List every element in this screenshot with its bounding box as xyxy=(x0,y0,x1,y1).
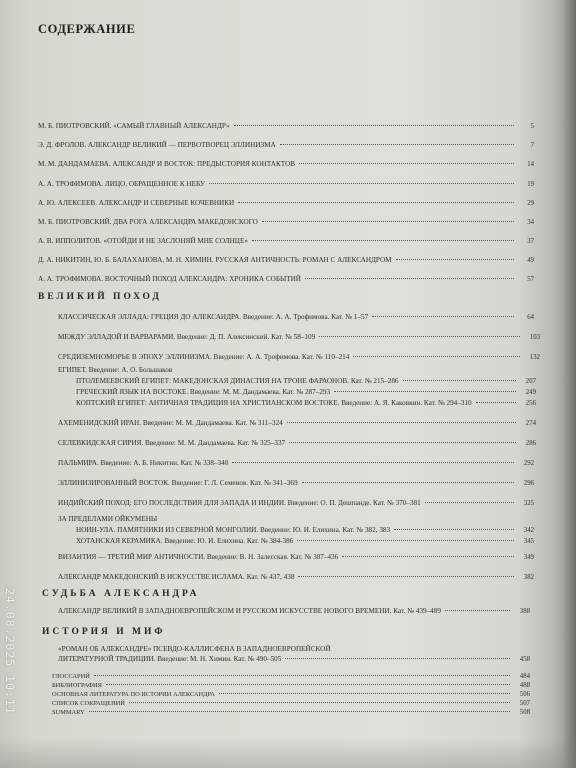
page-number: 296 xyxy=(518,480,534,487)
toc-entry: МЕЖДУ ЭЛЛАДОЙ И ВАРВАРАМИ. Введение: Д. … xyxy=(58,333,540,341)
dot-leader xyxy=(285,658,510,659)
page-number: 325 xyxy=(518,500,534,507)
toc-entry-appendix: СПИСОК СОКРАЩЕНИЙ507 xyxy=(52,700,530,707)
toc-entry: АЛЕКСАНДР МАКЕДОНСКИЙ В ИСКУССТВЕ ИСЛАМА… xyxy=(58,573,534,581)
page-number: 249 xyxy=(520,389,536,396)
toc-entry: ВИЗАНТИЯ — ТРЕТИЙ МИР АНТИЧНОСТИ. Введен… xyxy=(58,553,534,561)
toc-entry-line: «РОМАН ОБ АЛЕКСАНДРЕ» ПСЕВДО-КАЛЛИСФЕНА … xyxy=(58,645,331,653)
dot-leader xyxy=(305,278,514,279)
page-number: 507 xyxy=(514,700,530,707)
toc-entry: А. А. ТРОФИМОВА. ВОСТОЧНЫЙ ПОХОД АЛЕКСАН… xyxy=(38,275,534,283)
dot-leader xyxy=(262,221,514,222)
book-page: СОДЕРЖАНИЕ М. Б. ПИОТРОВСКИЙ. «САМЫЙ ГЛА… xyxy=(0,0,576,768)
toc-entry: ЛИТЕРАТУРНОЙ ТРАДИЦИИ. Введение: М. Н. Х… xyxy=(58,655,530,663)
dot-leader xyxy=(342,556,514,557)
toc-entry: ИНДИЙСКИЙ ПОХОД: ЕГО ПОСЛЕДСТВИЯ ДЛЯ ЗАП… xyxy=(58,499,534,507)
page-number: 57 xyxy=(518,276,534,283)
toc-entry: А. А. ТРОФИМОВА. ЛИЦО, ОБРАЩЕННОЕ К НЕБУ… xyxy=(38,180,534,188)
page-number: 34 xyxy=(518,219,534,226)
page-number: 508 xyxy=(514,709,530,716)
page-number: 484 xyxy=(514,673,530,680)
section-heading-fate: СУДЬБА АЛЕКСАНДРА xyxy=(42,589,200,599)
dot-leader xyxy=(396,259,514,260)
subsection-heading-oikumene: ЗА ПРЕДЕЛАМИ ОЙКУМЕНЫ xyxy=(58,515,157,523)
dot-leader xyxy=(298,576,514,577)
bottom-shadow xyxy=(0,738,576,768)
toc-entry: НОИН-УЛА. ПАМЯТНИКИ ИЗ СЕВЕРНОЙ МОНГОЛИИ… xyxy=(76,526,534,534)
dot-leader xyxy=(129,702,510,703)
toc-entry: АХЕМЕНИДСКИЙ ИРАН. Введение: М. М. Данда… xyxy=(58,419,536,427)
page-number: 349 xyxy=(518,554,534,561)
dot-leader xyxy=(209,183,514,184)
page-number: 5 xyxy=(518,123,534,130)
toc-entry: КОПТСКИЙ ЕГИПЕТ: АНТИЧНАЯ ТРАДИЦИЯ НА ХР… xyxy=(76,399,536,407)
section-heading-history-myth: ИСТОРИЯ И МИФ xyxy=(42,627,166,637)
dot-leader xyxy=(299,163,514,164)
dot-leader xyxy=(476,402,516,403)
dot-leader xyxy=(234,125,514,126)
dot-leader xyxy=(89,711,510,712)
dot-leader xyxy=(425,502,514,503)
section-heading-great-campaign: ВЕЛИКИЙ ПОХОД xyxy=(38,292,162,302)
page-number: 64 xyxy=(518,314,534,321)
subsection-heading-egypt: ЕГИПЕТ. Введение: А. О. Большаков xyxy=(58,366,172,374)
page-edge-shadow xyxy=(562,0,576,768)
dot-leader xyxy=(219,693,510,694)
page-number: 458 xyxy=(514,656,530,663)
page-number: 488 xyxy=(514,682,530,689)
toc-entry: ПАЛЬМИРА. Введение: А. Б. Никитин. Кат. … xyxy=(58,459,534,467)
page-number: 37 xyxy=(518,238,534,245)
toc-entry: ЭЛЛИНИЗИРОВАННЫЙ ВОСТОК. Введение: Г. Л.… xyxy=(58,479,534,487)
toc-entry-appendix: SUMMARY508 xyxy=(52,709,530,716)
toc-entry: А. Ю. АЛЕКСЕЕВ. АЛЕКСАНДР И СЕВЕРНЫЕ КОЧ… xyxy=(38,199,534,207)
page-number: 14 xyxy=(518,161,534,168)
page-number: 292 xyxy=(518,460,534,467)
dot-leader xyxy=(403,380,516,381)
toc-entry: ПТОЛЕМЕЕВСКИЙ ЕГИПЕТ: МАКЕДОНСКАЯ ДИНАСТ… xyxy=(76,377,536,385)
dot-leader xyxy=(394,529,514,530)
toc-entry: А. В. ИППОЛИТОВ. «ОТОЙДИ И НЕ ЗАСЛОНЯЙ М… xyxy=(38,237,534,245)
page-number: 103 xyxy=(524,334,540,341)
page-number: 19 xyxy=(518,181,534,188)
toc-entry: АЛЕКСАНДР ВЕЛИКИЙ В ЗАПАДНОЕВРОПЕЙСКОМ И… xyxy=(58,607,530,615)
toc-entry-appendix: БИБЛИОГРАФИЯ488 xyxy=(52,682,530,689)
page-number: 132 xyxy=(524,354,540,361)
toc-entry: М. Б. ПИОТРОВСКИЙ. ДВА РОГА АЛЕКСАНДРА М… xyxy=(38,218,534,226)
dot-leader xyxy=(238,202,514,203)
toc-entry: КЛАССИЧЕСКАЯ ЭЛЛАДА: ГРЕЦИЯ ДО АЛЕКСАНДР… xyxy=(58,313,534,321)
dot-leader xyxy=(445,610,510,611)
dot-leader xyxy=(297,540,514,541)
page-number: 29 xyxy=(518,200,534,207)
page-number: 207 xyxy=(520,378,536,385)
toc-entry: ХОТАНСКАЯ КЕРАМИКА. Введение: Ю. И. Елих… xyxy=(76,537,534,545)
dot-leader xyxy=(287,422,516,423)
page-number: 256 xyxy=(520,400,536,407)
toc-entry: СЕЛЕВКИДСКАЯ СИРИЯ. Введение: М. М. Данд… xyxy=(58,439,536,447)
toc-entry: СРЕДИЗЕМНОМОРЬЕ В ЭПОХУ ЭЛЛИНИЗМА. Введе… xyxy=(58,353,540,361)
photo-timestamp: 24.08.2025 10:11 xyxy=(3,588,17,715)
toc-entry-appendix: ГЛОССАРИЙ484 xyxy=(52,673,530,680)
dot-leader xyxy=(280,144,514,145)
page-number: 345 xyxy=(518,538,534,545)
toc-entry: Э. Д. ФРОЛОВ. АЛЕКСАНДР ВЕЛИКИЙ — ПЕРВОТ… xyxy=(38,141,534,149)
dot-leader xyxy=(319,336,520,337)
dot-leader xyxy=(94,675,510,676)
page-number: 286 xyxy=(520,440,536,447)
dot-leader xyxy=(372,316,514,317)
page-number: 382 xyxy=(518,574,534,581)
page-number: 7 xyxy=(518,142,534,149)
dot-leader xyxy=(289,442,516,443)
dot-leader xyxy=(302,482,514,483)
toc-entry-appendix: ОСНОВНАЯ ЛИТЕРАТУРА ПО ИСТОРИИ АЛЕКСАНДР… xyxy=(52,691,530,698)
page-number: 274 xyxy=(520,420,536,427)
dot-leader xyxy=(353,356,520,357)
page-number: 49 xyxy=(518,257,534,264)
page-title: СОДЕРЖАНИЕ xyxy=(38,22,135,37)
toc-entry: М. М. ДАНДАМАЕВА. АЛЕКСАНДР И ВОСТОК: ПР… xyxy=(38,160,534,168)
toc-entry: ГРЕЧЕСКИЙ ЯЗЫК НА ВОСТОКЕ. Введение: М. … xyxy=(76,388,536,396)
toc-entry: Д. А. НИКИТИН, Ю. Б. БАЛАХАНОВА, М. Н. Х… xyxy=(38,256,534,264)
page-number: 506 xyxy=(514,691,530,698)
page-number: 388 xyxy=(514,608,530,615)
dot-leader xyxy=(334,391,516,392)
dot-leader xyxy=(106,684,510,685)
dot-leader xyxy=(232,462,514,463)
page-number: 342 xyxy=(518,527,534,534)
dot-leader xyxy=(252,240,514,241)
toc-entry: М. Б. ПИОТРОВСКИЙ. «САМЫЙ ГЛАВНЫЙ АЛЕКСА… xyxy=(38,122,534,130)
